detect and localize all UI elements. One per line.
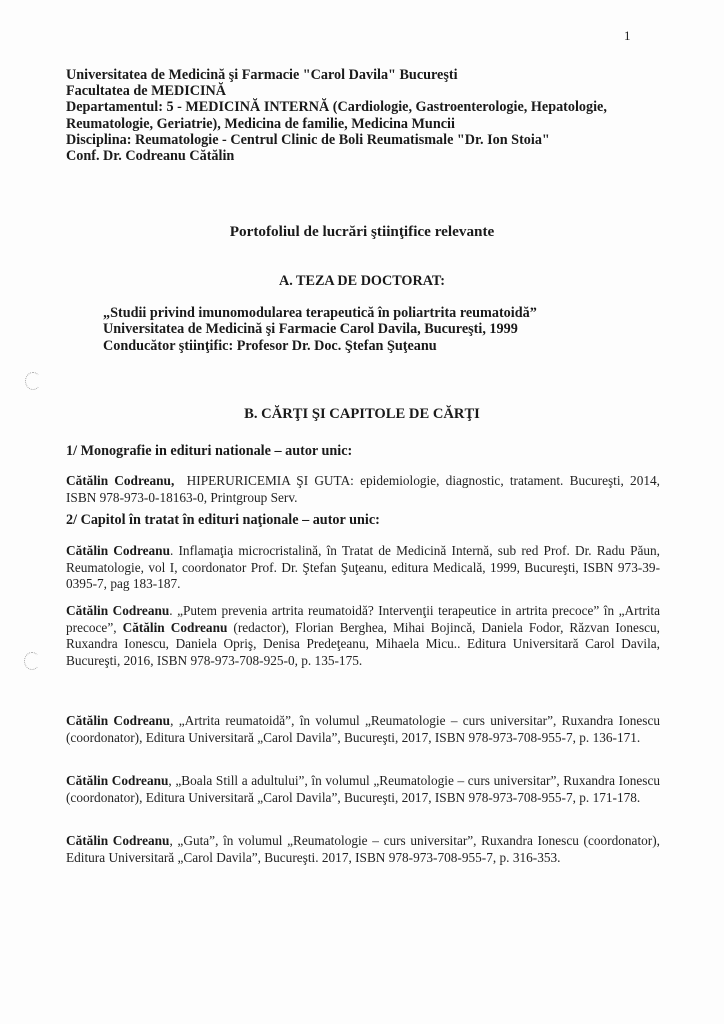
thesis-block: „Studii privind imunomodularea terapeuti…: [103, 305, 537, 354]
entry-author: Cătălin Codreanu: [66, 713, 170, 728]
document-page: 1 Universitatea de Medicină şi Farmacie …: [0, 0, 724, 1024]
entry-author: Cătălin Codreanu: [66, 833, 169, 848]
bibliography-entry: Cătălin Codreanu. Inflamaţia microcrista…: [66, 543, 660, 593]
entry-author: Cătălin Codreanu: [66, 603, 169, 618]
bibliography-entry: Cătălin Codreanu, „Guta”, în volumul „Re…: [66, 833, 660, 866]
entry-author: Cătălin Codreanu,: [66, 473, 174, 488]
entry-author: Cătălin Codreanu: [66, 773, 168, 788]
section-a-heading: A. TEZA DE DOCTORAT:: [0, 273, 724, 290]
subsection-heading-monografie: 1/ Monografie in edituri nationale – aut…: [66, 443, 352, 460]
punch-hole-mark: [25, 372, 41, 390]
document-title: Portofoliul de lucrări ştiinţifice relev…: [0, 223, 724, 241]
punch-hole-mark: [24, 652, 40, 670]
department-line-continued: Reumatologie, Geriatrie), Medicina de fa…: [66, 116, 666, 132]
subsection-heading-capitol: 2/ Capitol în tratat în edituri naţional…: [66, 512, 380, 529]
faculty-line: Facultatea de MEDICINĂ: [66, 83, 666, 99]
thesis-title: „Studii privind imunomodularea terapeuti…: [103, 305, 537, 321]
entry-editor-author: Cătălin Codreanu: [123, 620, 228, 635]
institution-header: Universitatea de Medicină şi Farmacie "C…: [66, 67, 666, 164]
bibliography-entry: Cătălin Codreanu, „Artrita reumatoidă”, …: [66, 713, 660, 746]
bibliography-entry: Cătălin Codreanu. „Putem prevenia artrit…: [66, 603, 660, 669]
author-line: Conf. Dr. Codreanu Cătălin: [66, 148, 666, 164]
discipline-line: Disciplina: Reumatologie - Centrul Clini…: [66, 132, 666, 148]
bibliography-entry: Cătălin Codreanu, HIPERURICEMIA ŞI GUTA:…: [66, 473, 660, 506]
page-number: 1: [624, 28, 631, 44]
entry-author: Cătălin Codreanu: [66, 543, 170, 558]
university-line: Universitatea de Medicină şi Farmacie "C…: [66, 67, 666, 83]
bibliography-entry: Cătălin Codreanu, „Boala Still a adultul…: [66, 773, 660, 806]
thesis-supervisor: Conducător ştiinţific: Profesor Dr. Doc.…: [103, 338, 537, 354]
section-b-heading: B. CĂRŢI ŞI CAPITOLE DE CĂRŢI: [0, 406, 724, 423]
thesis-institution: Universitatea de Medicină şi Farmacie Ca…: [103, 321, 537, 337]
department-line: Departamentul: 5 - MEDICINĂ INTERNĂ (Car…: [66, 99, 666, 115]
